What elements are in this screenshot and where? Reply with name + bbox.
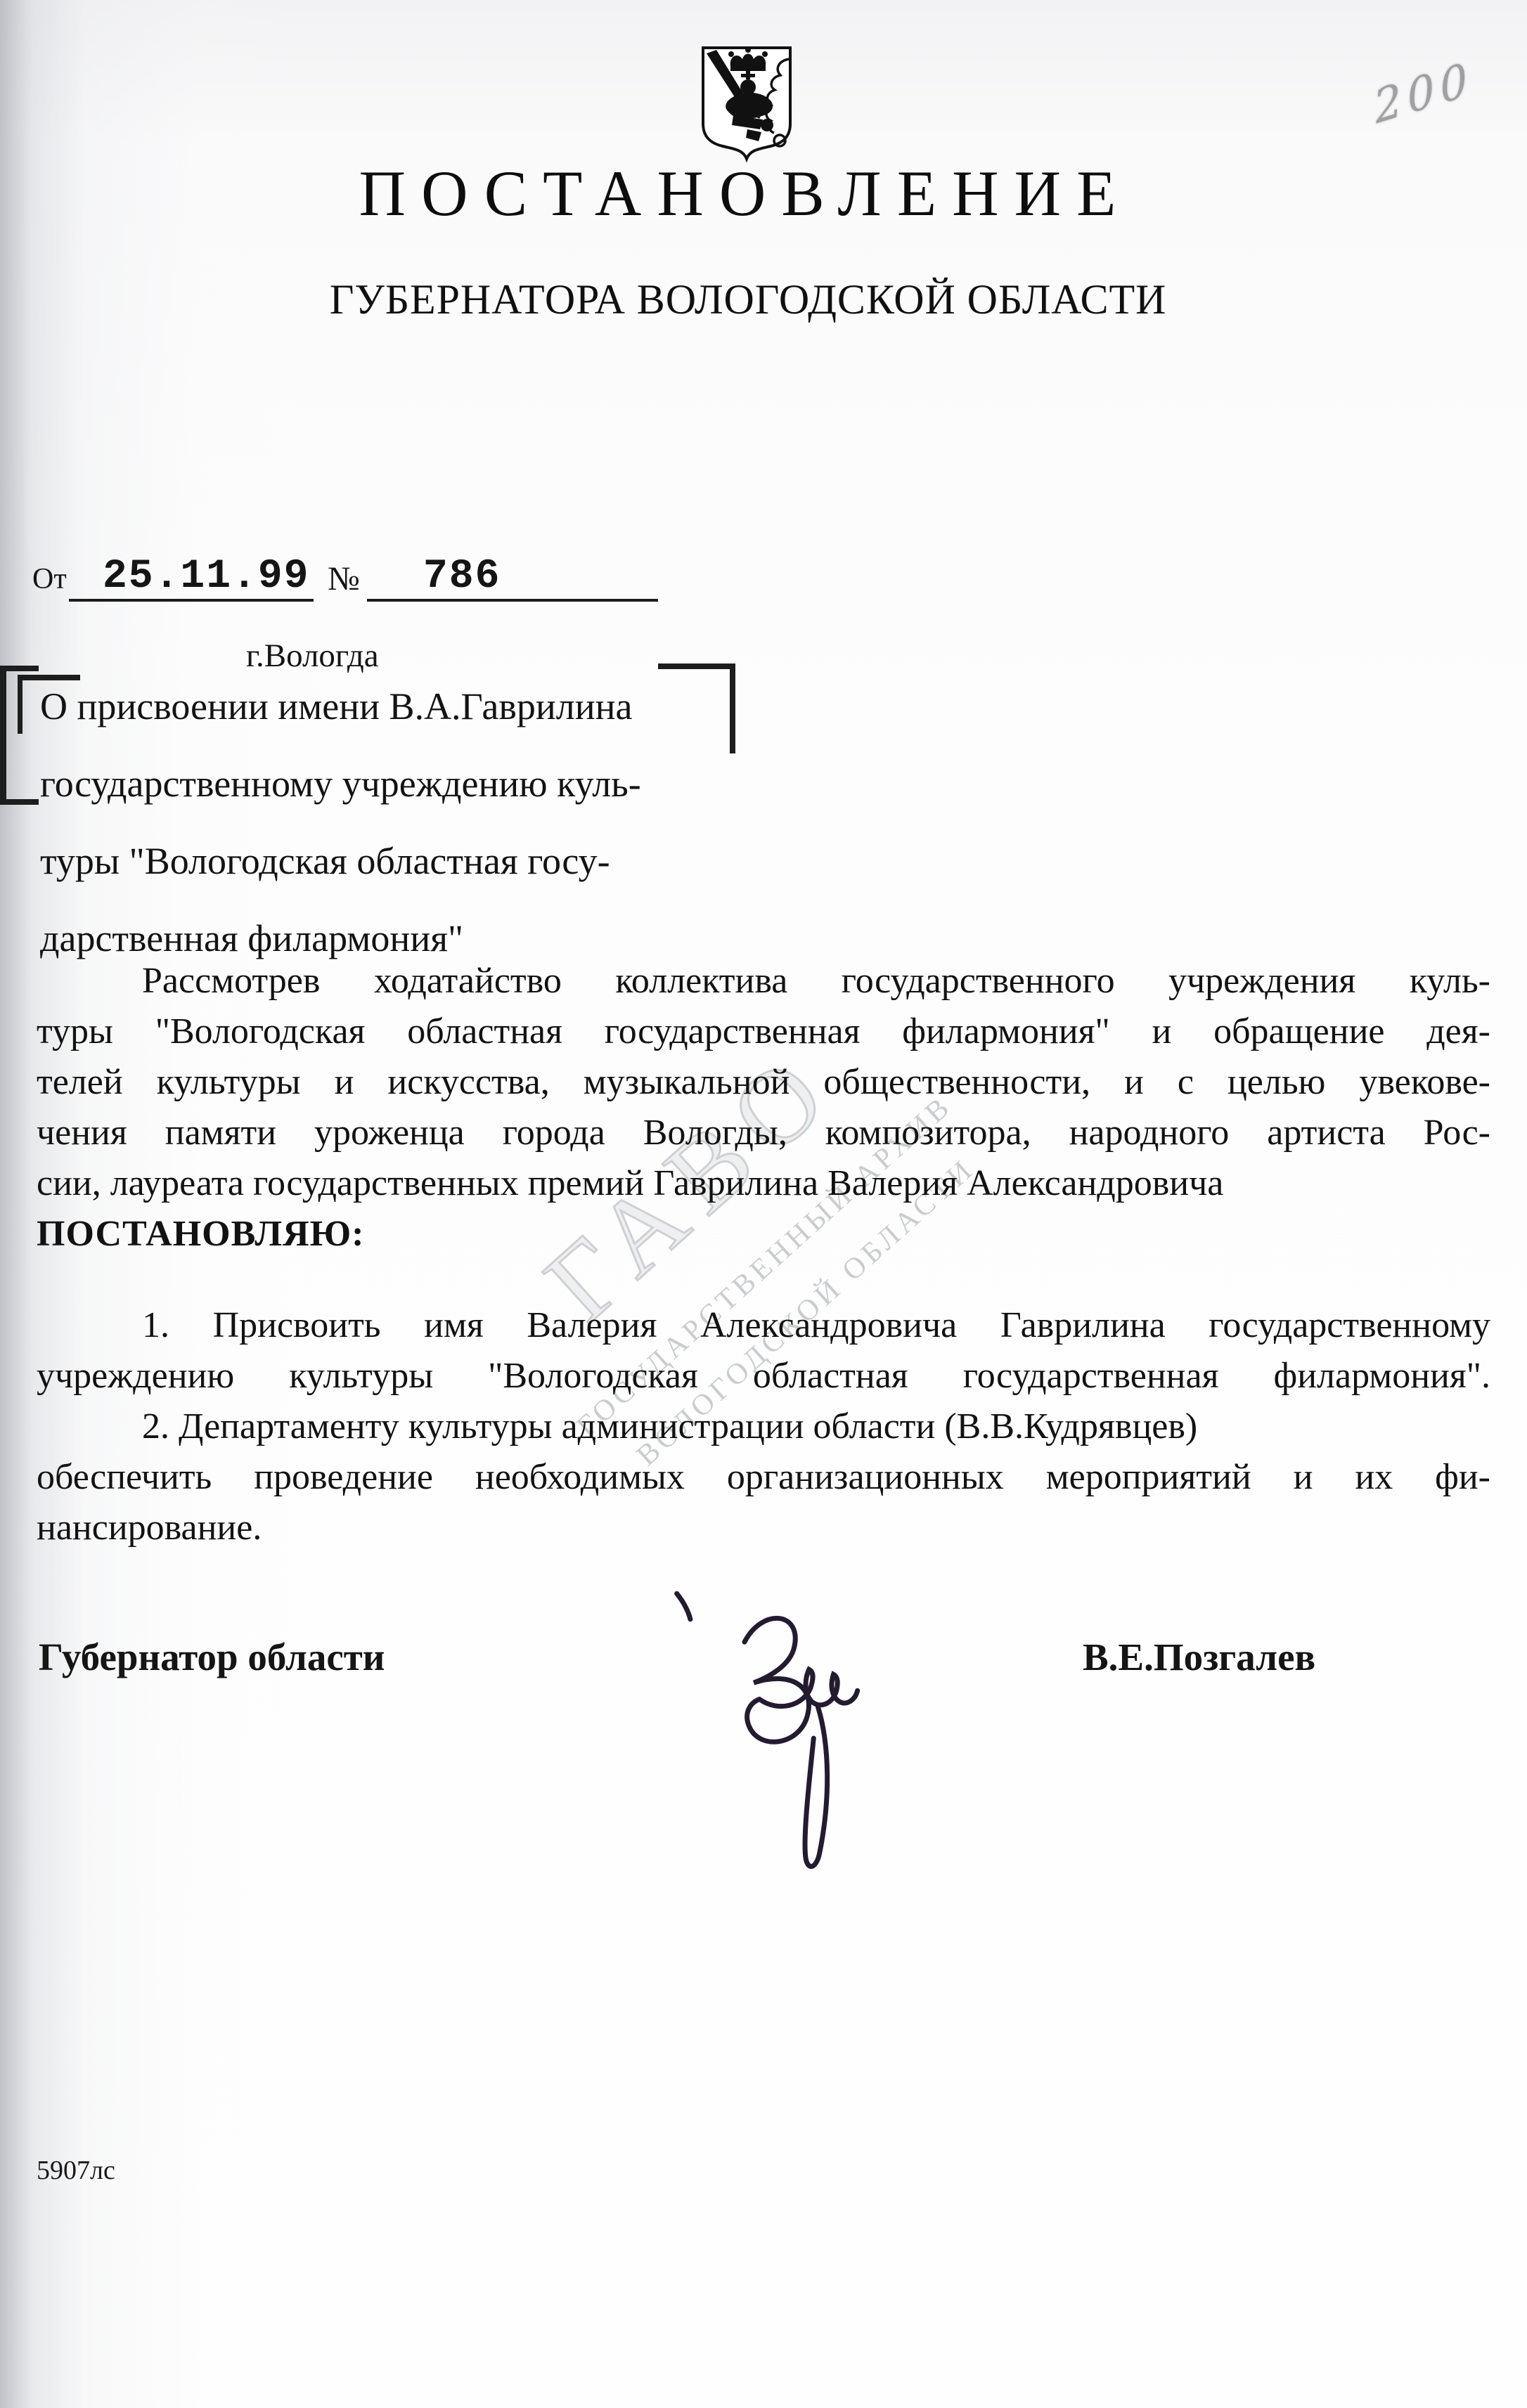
orb-cross-horizontal (741, 74, 755, 77)
date-value: 25.11.99 (103, 554, 309, 600)
subject-line: О присвоении имени В.А.Гаврилина (40, 668, 736, 745)
item-line: 1. Присвоить имя Валерия Александровича … (37, 1300, 1490, 1351)
subject-block: О присвоении имени В.А.Гаврилина государ… (40, 668, 736, 977)
issuer-subtitle: ГУБЕРНАТОРА ВОЛОГОДСКОЙ ОБЛАСТИ (0, 276, 1496, 324)
body-line: телей культуры и искусства, музыкальной … (37, 1057, 1490, 1108)
number-value: 786 (423, 554, 501, 600)
body-line: Рассмотрев ходатайство коллектива госуда… (37, 956, 1490, 1006)
crown (730, 54, 766, 72)
hand-detail (761, 119, 773, 131)
governor-signature-icon (655, 1565, 892, 1894)
subject-line: государственному учреждению куль- (40, 745, 736, 822)
crown-ball-center (745, 47, 751, 53)
signer-name: В.Е.Позгалев (1083, 1635, 1315, 1679)
item-line: нансирование. (37, 1503, 1490, 1553)
document-type-title: ПОСТАНОВЛЕНИЕ (0, 156, 1490, 231)
crown-ball-right (762, 51, 768, 57)
item-line: обеспечить проведение необходимых органи… (37, 1452, 1490, 1503)
date-underline (69, 599, 314, 602)
orb (740, 79, 756, 95)
crown-ball-left (728, 51, 734, 57)
body-line: туры "Вологодская областная государствен… (37, 1006, 1490, 1057)
handwritten-page-number: 200 (1372, 52, 1476, 134)
item-line: 2. Департаменту культуры администрации о… (37, 1402, 1490, 1452)
item-line: учреждению культуры "Вологодская областн… (37, 1351, 1490, 1402)
body-line: чения памяти уроженца города Вологды, ко… (37, 1108, 1490, 1158)
document-page: 200 ПОСТАНОВЛЕНИЕ ГУБЕРНАТОРА ВОЛОГОДСКО… (0, 0, 1527, 2408)
body-line: сии, лауреата государственных премий Гав… (37, 1158, 1490, 1209)
subject-line: туры "Вологодская областная госу- (40, 822, 736, 900)
signatory-title: Губернатор области (39, 1635, 385, 1679)
date-label: От (32, 562, 67, 596)
resolution-word: ПОСТАНОВЛЯЮ: (37, 1209, 1490, 1260)
resolution-items: 1. Присвоить имя Валерия Александровича … (37, 1300, 1490, 1553)
coat-of-arms-icon (700, 45, 794, 167)
body-paragraph: Рассмотрев ходатайство коллектива госуда… (37, 956, 1490, 1260)
number-sign: № (328, 559, 360, 598)
footer-code: 5907лс (37, 2155, 115, 2186)
number-underline (367, 599, 658, 602)
